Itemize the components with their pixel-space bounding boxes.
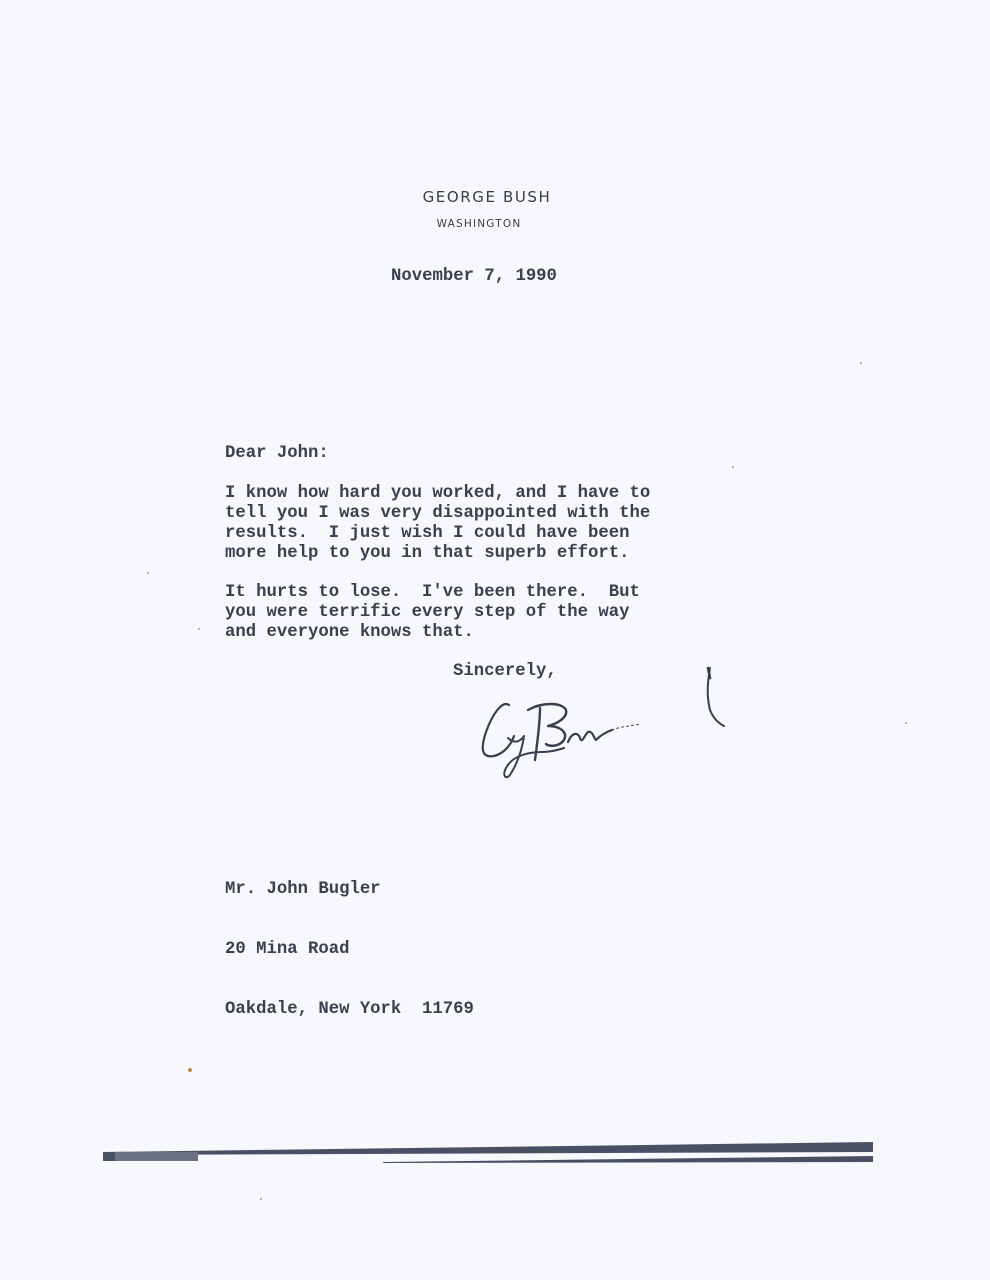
footer-rule-icon <box>0 0 990 1280</box>
